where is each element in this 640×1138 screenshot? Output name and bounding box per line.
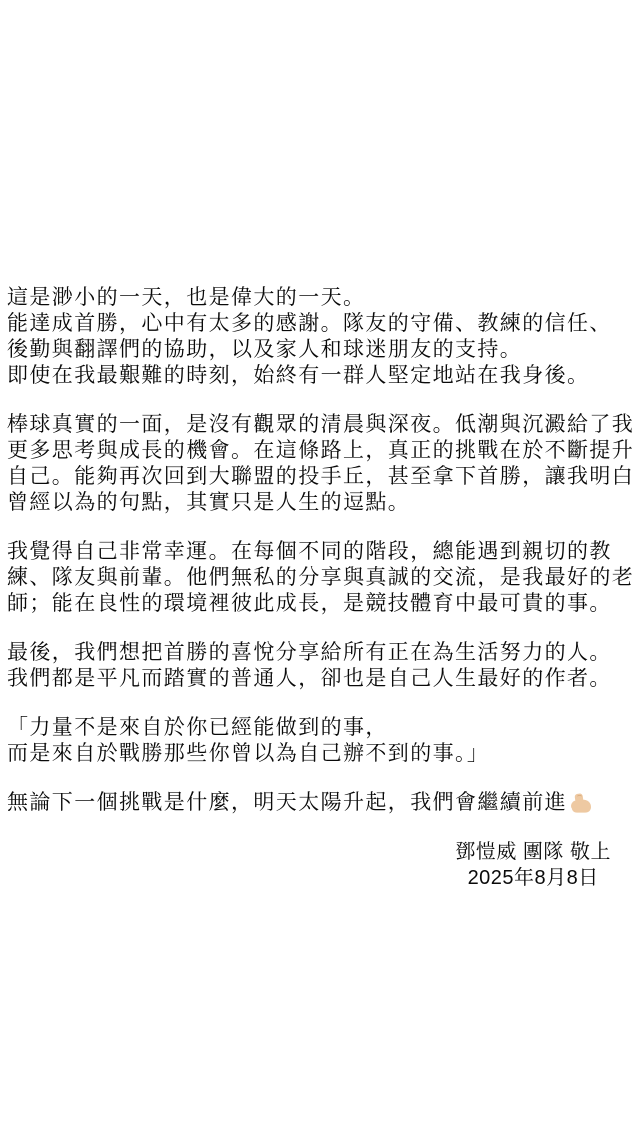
text-line: 最後，我們想把首勝的喜悅分享給所有正在為生活努力的人。 [7, 640, 634, 666]
signature-block: 鄧愷威 團隊 敬上 2025年8月8日 [455, 839, 611, 891]
closing-text: 無論下一個挑戰是什麼，明天太陽升起，我們會繼續前進 [7, 790, 567, 816]
quote-line: 「力量不是來自於你已經能做到的事， [7, 715, 634, 741]
quote-line: 而是來自於戰勝那些你曾以為自己辦不到的事。」 [7, 741, 634, 767]
text-line: 曾經以為的句點，其實只是人生的逗點。 [7, 490, 634, 516]
paragraph-gratitude: 這是渺小的一天，也是偉大的一天。 能達成首勝，心中有太多的感謝。隊友的守備、教練… [7, 285, 634, 389]
text-line: 自己。能夠再次回到大聯盟的投手丘，甚至拿下首勝，讓我明白 [7, 464, 634, 490]
signature-date: 2025年8月8日 [455, 865, 611, 891]
paragraph-reflection: 棒球真實的一面，是沒有觀眾的清晨與深夜。低潮與沉澱給了我 更多思考與成長的機會。… [7, 412, 634, 516]
signature-name: 鄧愷威 團隊 敬上 [455, 839, 611, 865]
text-line: 我覺得自己非常幸運。在每個不同的階段，總能遇到親切的教 [7, 539, 634, 565]
text-line: 我們都是平凡而踏實的普通人，卻也是自己人生最好的作者。 [7, 666, 634, 692]
paragraph-fortunate: 我覺得自己非常幸運。在每個不同的階段，總能遇到親切的教 練、隊友與前輩。他們無私… [7, 539, 634, 617]
quote-block: 「力量不是來自於你已經能做到的事， 而是來自於戰勝那些你曾以為自己辦不到的事。」 [7, 715, 634, 767]
text-line: 即使在我最艱難的時刻，始終有一群人堅定地站在我身後。 [7, 363, 634, 389]
text-line: 這是渺小的一天，也是偉大的一天。 [7, 285, 634, 311]
flexed-biceps-emoji [569, 793, 593, 817]
text-line: 師；能在良性的環境裡彼此成長，是競技體育中最可貴的事。 [7, 591, 634, 617]
text-line: 棒球真實的一面，是沒有觀眾的清晨與深夜。低潮與沉澱給了我 [7, 412, 634, 438]
text-line: 後勤與翻譯們的協助，以及家人和球迷朋友的支持。 [7, 337, 634, 363]
text-line: 練、隊友與前輩。他們無私的分享與真誠的交流，是我最好的老 [7, 565, 634, 591]
letter-page: 這是渺小的一天，也是偉大的一天。 能達成首勝，心中有太多的感謝。隊友的守備、教練… [0, 0, 640, 891]
closing-paragraph: 無論下一個挑戰是什麼，明天太陽升起，我們會繼續前進 [7, 790, 634, 816]
text-line: 能達成首勝，心中有太多的感謝。隊友的守備、教練的信任、 [7, 311, 634, 337]
paragraph-dedication: 最後，我們想把首勝的喜悅分享給所有正在為生活努力的人。 我們都是平凡而踏實的普通… [7, 640, 634, 692]
text-line: 更多思考與成長的機會。在這條路上，真正的挑戰在於不斷提升 [7, 438, 634, 464]
